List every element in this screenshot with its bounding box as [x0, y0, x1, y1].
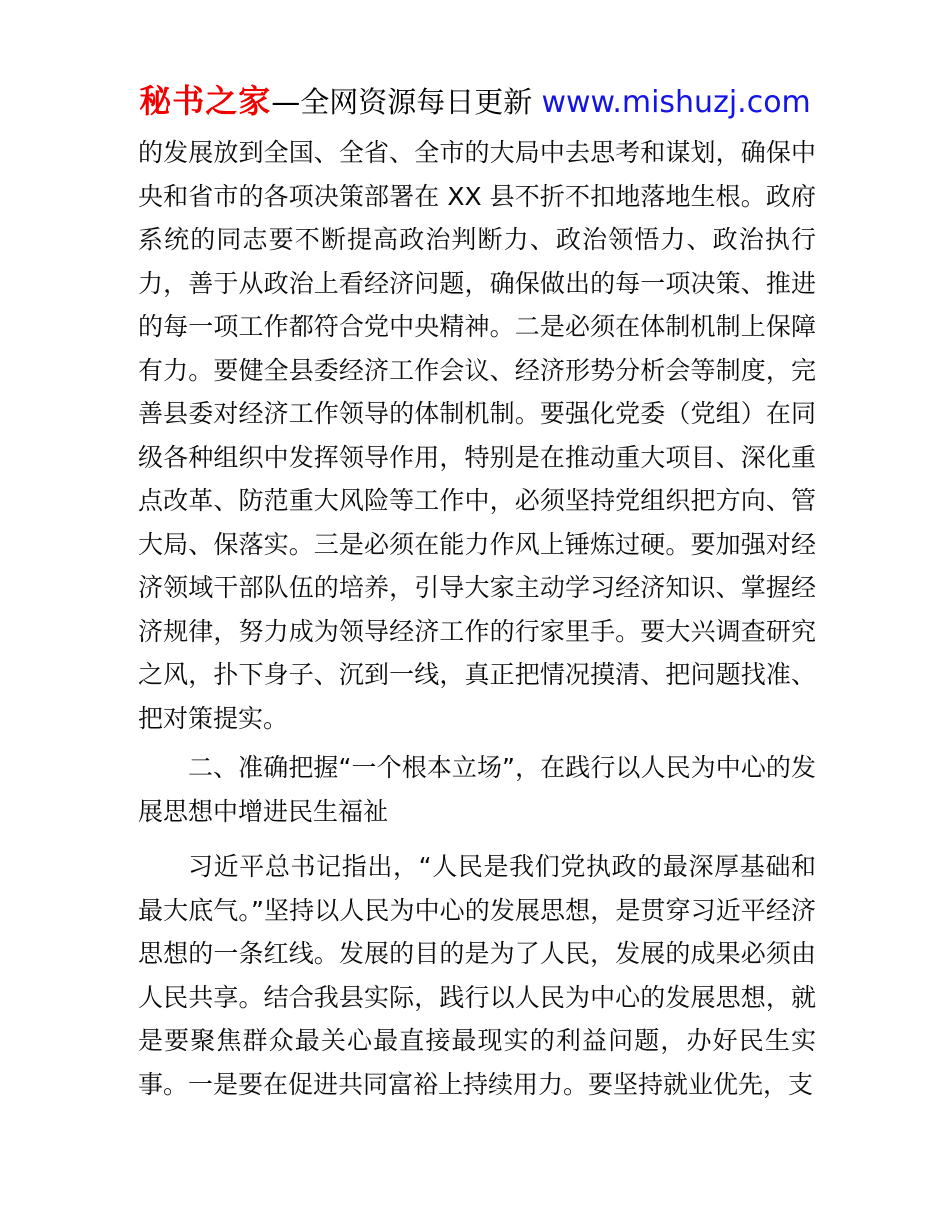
section-heading-two: 二、准确把握“一个根本立场”，在践行以人民为中心的发展思想中增进民生福祉	[138, 746, 816, 833]
document-body: 的发展放到全国、全省、全市的大局中去思考和谋划，确保中央和省市的各项决策部署在 …	[138, 131, 816, 1106]
paragraph-people-centered-development: 习近平总书记指出，“人民是我们党执政的最深厚基础和最大底气。”坚持以人民为中心的…	[138, 845, 816, 1106]
paragraph-economic-work-continuation: 的发展放到全国、全省、全市的大局中去思考和谋划，确保中央和省市的各项决策部署在 …	[138, 131, 816, 740]
site-name: 秘书之家	[139, 82, 271, 120]
document-page: 秘书之家—全网资源每日更新 www.mishuzj.com 的发展放到全国、全省…	[0, 0, 950, 1230]
site-tagline: —全网资源每日更新	[271, 85, 541, 119]
site-url-link[interactable]: www.mishuzj.com	[541, 85, 810, 120]
site-header: 秘书之家—全网资源每日更新 www.mishuzj.com	[0, 82, 950, 122]
